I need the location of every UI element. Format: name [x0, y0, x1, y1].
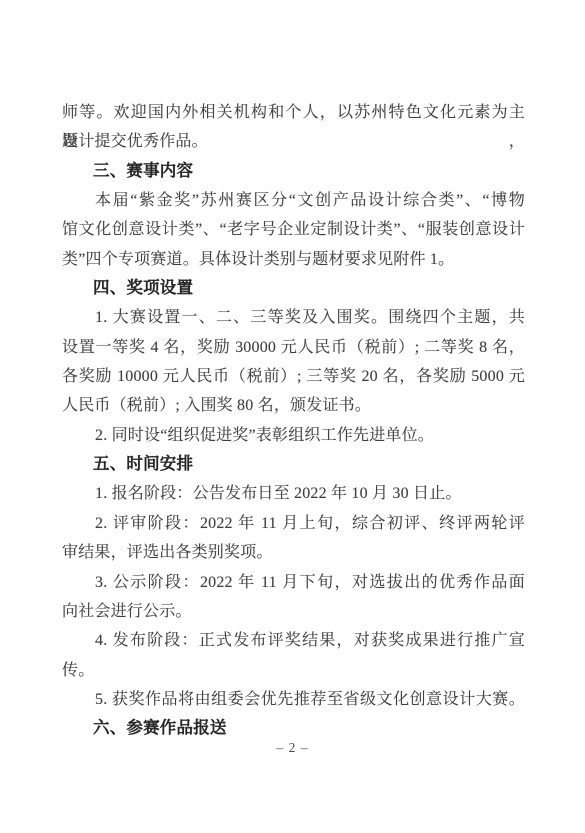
doc-line: 1. 报名阶段：公告发布日至 2022 年 10 月 30 日止。: [62, 479, 525, 508]
doc-line: 5. 获奖作品将由组委会优先推荐至省级文化创意设计大赛。: [62, 685, 525, 714]
doc-line: 类”四个专项赛道。具体设计类别与题材要求见附件 1。: [62, 245, 525, 274]
section-heading-contest-content: 三、赛事内容: [62, 157, 525, 186]
doc-line: 各奖励 10000 元人民币（税前）; 三等奖 20 名，各奖励 5000 元: [62, 362, 525, 391]
document-page: 师等。欢迎国内外相关机构和个人，以苏州特色文化元素为主题， 设计提交优秀作品。 …: [0, 0, 585, 833]
doc-line: 3. 公示阶段：2022 年 11 月下旬，对选拔出的优秀作品面: [62, 568, 525, 597]
doc-line: 2. 同时设“组织促进奖”表彰组织工作先进单位。: [62, 421, 525, 450]
doc-line: 4. 发布阶段：正式发布评奖结果，对获奖成果进行推广宣: [62, 626, 525, 655]
doc-line: 审结果，评选出各类别奖项。: [62, 538, 525, 567]
doc-line: 1. 大赛设置一、二、三等奖及入围奖。围绕四个主题，共: [62, 303, 525, 332]
section-heading-schedule: 五、时间安排: [62, 450, 525, 479]
doc-line: 设置一等奖 4 名，奖励 30000 元人民币（税前）; 二等奖 8 名，: [62, 333, 525, 362]
doc-line: 师等。欢迎国内外相关机构和个人，以苏州特色文化元素为主题，: [62, 98, 525, 127]
doc-line: 传。: [62, 656, 525, 685]
section-heading-awards: 四、奖项设置: [62, 274, 525, 303]
document-body: 师等。欢迎国内外相关机构和个人，以苏州特色文化元素为主题， 设计提交优秀作品。 …: [62, 98, 525, 744]
doc-line: 本届“紫金奖”苏州赛区分“文创产品设计综合类”、“博物: [62, 186, 525, 215]
doc-line: 2. 评审阶段：2022 年 11 月上旬，综合初评、终评两轮评: [62, 509, 525, 538]
doc-line: 人民币（税前）; 入围奖 80 名，颁发证书。: [62, 391, 525, 420]
doc-line: 向社会进行公示。: [62, 597, 525, 626]
page-number: – 2 –: [0, 740, 585, 756]
doc-line: 馆文化创意设计类”、“老字号企业定制设计类”、“服装创意设计: [62, 215, 525, 244]
